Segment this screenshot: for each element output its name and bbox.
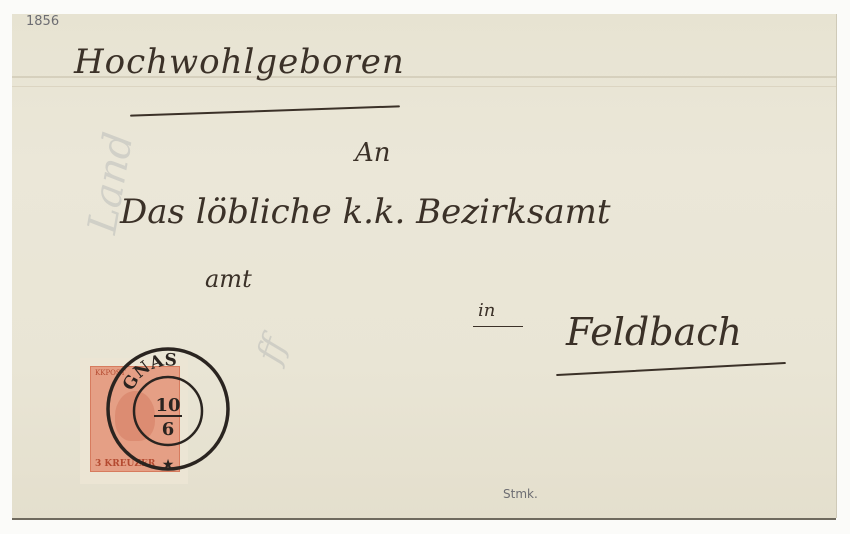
postmark-town: GNAS: [119, 350, 177, 394]
in-underline: [473, 326, 523, 327]
postmark-cancel: GNAS 10 6 ★: [100, 345, 240, 475]
postmark-month: 6: [162, 419, 175, 440]
star-icon: ★: [162, 457, 175, 473]
address-town: Feldbach: [566, 310, 742, 354]
pencil-region-note: Stmk.: [503, 487, 538, 501]
postmark-day: 10: [155, 395, 180, 416]
fold-crease-secondary: [12, 86, 836, 87]
svg-text:GNAS: GNAS: [119, 350, 177, 394]
address-in: in: [478, 300, 495, 321]
pencil-year-note: 1856: [26, 14, 59, 29]
address-amt: amt: [205, 265, 252, 293]
address-an: An: [355, 138, 391, 168]
address-recipient: Das löbliche k.k. Bezirksamt: [120, 192, 611, 232]
address-honorific: Hochwohlgeboren: [74, 42, 405, 82]
